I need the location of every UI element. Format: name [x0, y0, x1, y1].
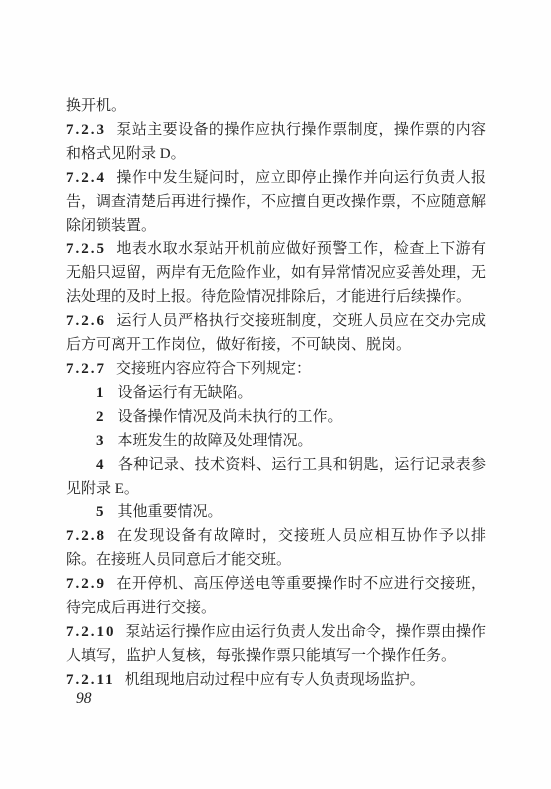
clause-number: 7.2.8 — [66, 528, 106, 544]
list-item-number: 1 — [96, 385, 104, 401]
list-item-number: 5 — [96, 504, 104, 520]
paragraph-text: 地表水取水泵站开机前应做好预警工作，检查上下游有无船只逗留，两岸有无危险作业，如… — [66, 241, 486, 305]
list-item-4: 4各种记录、技术资料、运行工具和钥匙，运行记录表参见附录 E。 — [66, 454, 486, 502]
clause-number: 7.2.7 — [66, 361, 106, 377]
document-page: 换开机。7.2.3泵站主要设备的操作应执行操作票制度，操作票的内容和格式见附录 … — [0, 0, 551, 789]
list-item-5: 5其他重要情况。 — [66, 501, 486, 525]
clause-7.2.5: 7.2.5地表水取水泵站开机前应做好预警工作，检查上下游有无船只逗留，两岸有无危… — [66, 238, 486, 310]
list-item-number: 4 — [96, 457, 104, 473]
paragraph-text: 设备操作情况及尚未执行的工作。 — [118, 409, 343, 425]
list-item-2: 2设备操作情况及尚未执行的工作。 — [66, 406, 486, 430]
continuation-paragraph: 换开机。 — [66, 95, 486, 119]
clause-7.2.9: 7.2.9在开停机、高压停送电等重要操作时不应进行交接班，待完成后再进行交接。 — [66, 573, 486, 621]
page-number: 98 — [76, 690, 92, 708]
clause-number: 7.2.4 — [66, 170, 106, 186]
paragraph-text: 泵站运行操作应由运行负责人发出命令，操作票由操作人填写，监护人复核，每张操作票只… — [66, 624, 486, 664]
clause-number: 7.2.10 — [66, 624, 116, 640]
clause-number: 7.2.6 — [66, 313, 106, 329]
paragraph-text: 泵站主要设备的操作应执行操作票制度，操作票的内容和格式见附录 D。 — [66, 122, 486, 162]
paragraph-text: 交接班内容应符合下列规定： — [116, 361, 311, 377]
paragraph-text: 本班发生的故障及处理情况。 — [118, 433, 313, 449]
text-block: 换开机。7.2.3泵站主要设备的操作应执行操作票制度，操作票的内容和格式见附录 … — [66, 95, 486, 693]
list-item-3: 3本班发生的故障及处理情况。 — [66, 430, 486, 454]
list-item-number: 3 — [96, 433, 104, 449]
clause-7.2.11: 7.2.11机组现地启动过程中应有专人负责现场监护。 — [66, 669, 486, 693]
clause-number: 7.2.5 — [66, 241, 106, 257]
paragraph-text: 操作中发生疑问时，应立即停止操作并向运行负责人报告，调查清楚后再进行操作，不应擅… — [66, 170, 486, 234]
list-item-1: 1设备运行有无缺陷。 — [66, 382, 486, 406]
list-item-number: 2 — [96, 409, 104, 425]
clause-7.2.10: 7.2.10泵站运行操作应由运行负责人发出命令，操作票由操作人填写，监护人复核，… — [66, 621, 486, 669]
clause-7.2.4: 7.2.4操作中发生疑问时，应立即停止操作并向运行负责人报告，调查清楚后再进行操… — [66, 167, 486, 239]
clause-7.2.7: 7.2.7交接班内容应符合下列规定： — [66, 358, 486, 382]
paragraph-text: 在开停机、高压停送电等重要操作时不应进行交接班，待完成后再进行交接。 — [66, 576, 486, 616]
paragraph-text: 其他重要情况。 — [118, 504, 223, 520]
clause-7.2.6: 7.2.6运行人员严格执行交接班制度，交班人员应在交办完成后方可离开工作岗位，做… — [66, 310, 486, 358]
clause-7.2.3: 7.2.3泵站主要设备的操作应执行操作票制度，操作票的内容和格式见附录 D。 — [66, 119, 486, 167]
paragraph-text: 设备运行有无缺陷。 — [118, 385, 253, 401]
paragraph-text: 在发现设备有故障时，交接班人员应相互协作予以排除。在接班人员同意后才能交班。 — [66, 528, 486, 568]
paragraph-text: 换开机。 — [66, 98, 126, 114]
clause-number: 7.2.9 — [66, 576, 106, 592]
paragraph-text: 机组现地启动过程中应有专人负责现场监护。 — [125, 672, 425, 688]
paragraph-text: 运行人员严格执行交接班制度，交班人员应在交办完成后方可离开工作岗位，做好衔接，不… — [66, 313, 486, 353]
clause-number: 7.2.11 — [66, 672, 115, 688]
clause-number: 7.2.3 — [66, 122, 106, 138]
clause-7.2.8: 7.2.8在发现设备有故障时，交接班人员应相互协作予以排除。在接班人员同意后才能… — [66, 525, 486, 573]
paragraph-text: 各种记录、技术资料、运行工具和钥匙，运行记录表参见附录 E。 — [66, 457, 486, 497]
